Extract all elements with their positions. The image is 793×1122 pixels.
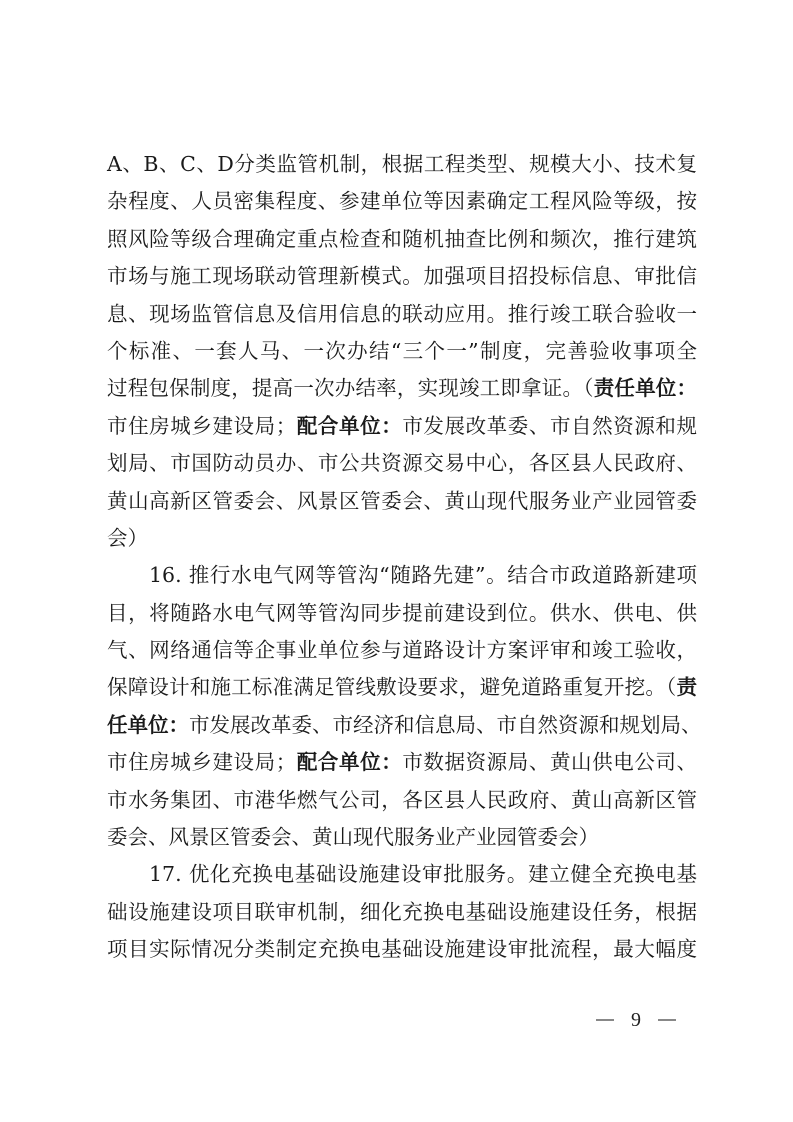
bold-label: 责任单位：: [594, 376, 697, 400]
text-segment: A、B、C、D分类监管机制，根据工程类型、规模大小、技术复: [107, 152, 697, 176]
text-line: 16. 推行水电气网等管沟“随路先建”。结合市政道路新建项: [107, 557, 697, 594]
text-segment: 17. 优化充换电基础设施建设审批服务。建立健全充换电基: [149, 862, 697, 886]
text-segment: 16. 推行水电气网等管沟“随路先建”。结合市政道路新建项: [149, 563, 697, 587]
text-segment: 杂程度、人员密集程度、参建单位等因素确定工程风险等级，按: [107, 189, 697, 213]
text-segment: 目，将随路水电气网等管沟同步提前建设到位。供水、供电、供: [107, 601, 697, 625]
bold-label: 责: [677, 675, 698, 699]
text-line: 任单位：市发展改革委、市经济和信息局、市自然资源和规划局、: [107, 707, 697, 744]
text-segment: 市发展改革委、市经济和信息局、市自然资源和规划局、: [189, 713, 702, 737]
document-body: A、B、C、D分类监管机制，根据工程类型、规模大小、技术复杂程度、人员密集程度、…: [107, 146, 697, 969]
text-segment: 委会、风景区管委会、黄山现代服务业产业园管委会）: [107, 825, 599, 849]
text-segment: 保障设计和施工标准满足管线敷设要求，避免道路重复开挖。（: [107, 675, 677, 699]
text-line: 个标准、一套人马、一次办结“三个一”制度，完善验收事项全: [107, 333, 697, 370]
text-segment: 照风险等级合理确定重点检查和随机抽查比例和频次，推行建筑: [107, 227, 697, 251]
text-segment: 市住房城乡建设局；: [107, 414, 296, 438]
text-segment: 市住房城乡建设局；: [107, 750, 296, 774]
text-line: A、B、C、D分类监管机制，根据工程类型、规模大小、技术复: [107, 146, 697, 183]
text-line: 会）: [107, 520, 697, 557]
bold-label: 配合单位：: [296, 414, 402, 438]
text-line: 市场与施工现场联动管理新模式。加强项目招投标信息、审批信: [107, 258, 697, 295]
text-segment: 市发展改革委、市自然资源和规: [402, 414, 697, 438]
text-line: 市水务集团、市港华燃气公司，各区县人民政府、黄山高新区管: [107, 782, 697, 819]
text-line: 市住房城乡建设局；配合单位：市发展改革委、市自然资源和规: [107, 408, 697, 445]
text-line: 过程包保制度，提高一次办结率，实现竣工即拿证。（责任单位：: [107, 370, 697, 407]
text-line: 目，将随路水电气网等管沟同步提前建设到位。供水、供电、供: [107, 595, 697, 632]
dash-right: [658, 1019, 676, 1021]
text-line: 委会、风景区管委会、黄山现代服务业产业园管委会）: [107, 819, 697, 856]
text-line: 黄山高新区管委会、风景区管委会、黄山现代服务业产业园管委: [107, 483, 697, 520]
text-segment: 划局、市国防动员办、市公共资源交易中心，各区县人民政府、: [107, 451, 697, 475]
text-line: 础设施建设项目联审机制，细化充换电基础设施建设任务，根据: [107, 894, 697, 931]
text-line: 杂程度、人员密集程度、参建单位等因素确定工程风险等级，按: [107, 183, 697, 220]
text-line: 17. 优化充换电基础设施建设审批服务。建立健全充换电基: [107, 856, 697, 893]
text-segment: 息、现场监管信息及信用信息的联动应用。推行竣工联合验收一: [107, 302, 697, 326]
text-segment: 过程包保制度，提高一次办结率，实现竣工即拿证。（: [107, 376, 594, 400]
text-line: 划局、市国防动员办、市公共资源交易中心，各区县人民政府、: [107, 445, 697, 482]
text-line: 保障设计和施工标准满足管线敷设要求，避免道路重复开挖。（责: [107, 669, 697, 706]
text-segment: 个标准、一套人马、一次办结“三个一”制度，完善验收事项全: [107, 339, 697, 363]
text-line: 照风险等级合理确定重点检查和随机抽查比例和频次，推行建筑: [107, 221, 697, 258]
page-number: 9: [631, 1009, 641, 1032]
bold-label: 配合单位：: [296, 750, 402, 774]
text-line: 项目实际情况分类制定充换电基础设施建设审批流程，最大幅度: [107, 931, 697, 968]
text-segment: 市场与施工现场联动管理新模式。加强项目招投标信息、审批信: [107, 264, 697, 288]
text-segment: 市数据资源局、黄山供电公司、: [402, 750, 697, 774]
text-segment: 市水务集团、市港华燃气公司，各区县人民政府、黄山高新区管: [107, 788, 697, 812]
text-segment: 会）: [107, 526, 148, 550]
text-segment: 气、网络通信等企事业单位参与道路设计方案评审和竣工验收，: [107, 638, 697, 662]
text-segment: 黄山高新区管委会、风景区管委会、黄山现代服务业产业园管委: [107, 489, 697, 513]
text-line: 市住房城乡建设局；配合单位：市数据资源局、黄山供电公司、: [107, 744, 697, 781]
text-line: 息、现场监管信息及信用信息的联动应用。推行竣工联合验收一: [107, 296, 697, 333]
page-footer: 9: [596, 1008, 676, 1032]
bold-label: 任单位：: [107, 713, 189, 737]
text-line: 气、网络通信等企事业单位参与道路设计方案评审和竣工验收，: [107, 632, 697, 669]
text-segment: 础设施建设项目联审机制，细化充换电基础设施建设任务，根据: [107, 900, 697, 924]
dash-left: [596, 1019, 614, 1021]
text-segment: 项目实际情况分类制定充换电基础设施建设审批流程，最大幅度: [107, 937, 697, 961]
